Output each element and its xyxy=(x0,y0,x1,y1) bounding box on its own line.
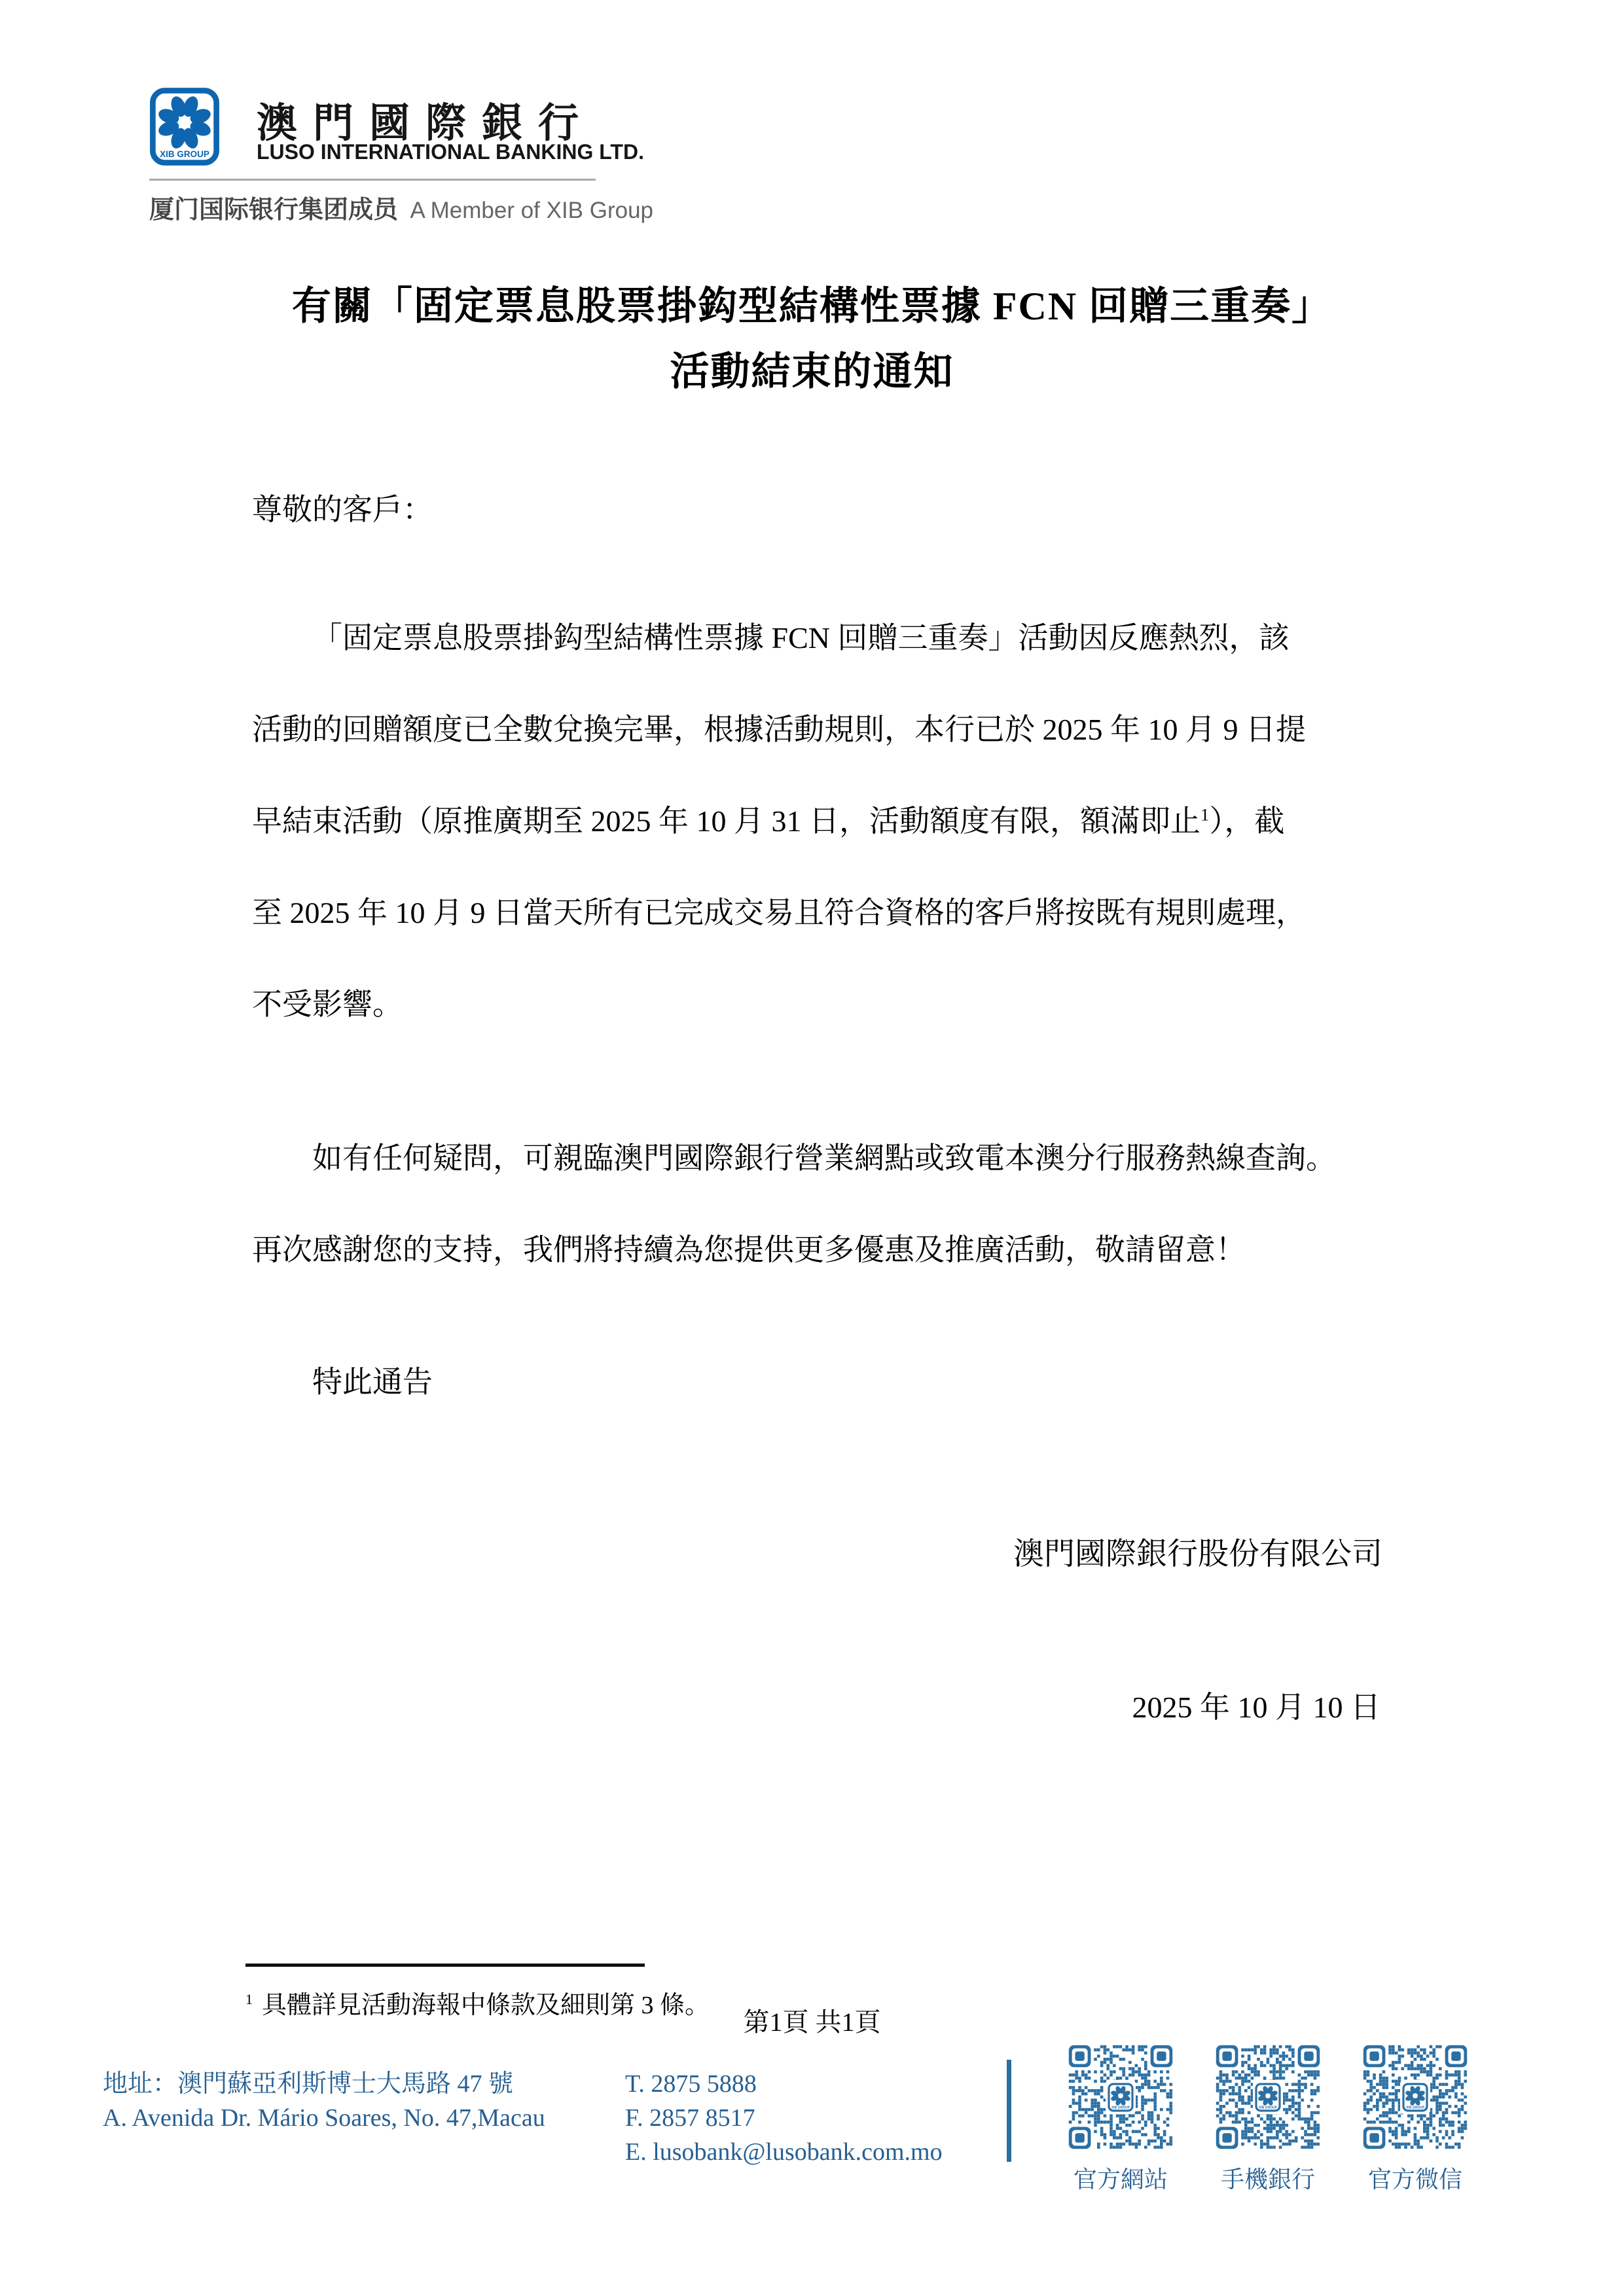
paragraph-1-line4: 至 2025 年 10 月 9 日當天所有已完成交易且符合資格的客戶將按既有規則… xyxy=(252,867,1306,959)
paragraph-1-line3-text: 早結束活動（原推廣期至 2025 年 10 月 31 日，活動額度有限，額滿即止 xyxy=(252,804,1200,838)
footnote-reference-mark: 1 xyxy=(1200,805,1209,825)
qr-center-logo xyxy=(1400,2080,1430,2114)
xib-logo-small-icon xyxy=(1255,2083,1281,2112)
paragraph-1-line3: 早結束活動（原推廣期至 2025 年 10 月 31 日，活動額度有限，額滿即止… xyxy=(252,776,1306,867)
footer-vertical-divider xyxy=(1007,2060,1011,2162)
qr-center-logo xyxy=(1253,2080,1283,2114)
qr-item-mobile-banking: 手機銀行 xyxy=(1213,2042,1323,2195)
notice-title-line2: 活動結束的通知 xyxy=(0,339,1624,404)
xib-group-logo-icon xyxy=(149,87,220,166)
closing-phrase: 特此通告 xyxy=(252,1336,433,1428)
qr-item-website: 官方網站 xyxy=(1066,2042,1176,2195)
footer-telephone: T. 2875 5888 xyxy=(625,2070,757,2098)
qr-caption-wechat: 官方微信 xyxy=(1360,2161,1470,2195)
paragraph-2-line1: 如有任何疑問，可親臨澳門國際銀行營業網點或致電本澳分行服務熱線查詢。 xyxy=(252,1113,1336,1204)
footer-fax: F. 2857 8517 xyxy=(625,2104,755,2132)
paragraph-1: 「固定票息股票掛鈎型結構性票據 FCN 回贈三重奏」活動因反應熱烈，該 活動的回… xyxy=(252,592,1306,1050)
notice-title: 有關「固定票息股票掛鈎型結構性票據 FCN 回贈三重奏」 活動結束的通知 xyxy=(0,274,1624,404)
paragraph-1-line2: 活動的回贈額度已全數兌換完畢，根據活動規則，本行已於 2025 年 10 月 9… xyxy=(252,684,1306,776)
group-member-english: A Member of XIB Group xyxy=(410,198,653,223)
notice-letter-page: 澳門國際銀行 LUSO INTERNATIONAL BANKING LTD. 厦… xyxy=(0,0,1624,2296)
xib-logo-small-icon xyxy=(1108,2083,1134,2112)
qr-caption-mobile-banking: 手機銀行 xyxy=(1213,2161,1323,2195)
paragraph-1-line1: 「固定票息股票掛鈎型結構性票據 FCN 回贈三重奏」活動因反應熱烈，該 xyxy=(252,592,1306,684)
qr-item-wechat: 官方微信 xyxy=(1360,2042,1470,2195)
page-indicator: 第1頁 共1頁 xyxy=(0,2001,1624,2039)
qr-caption-website: 官方網站 xyxy=(1066,2161,1176,2195)
signature-company-name: 澳門國際銀行股份有限公司 xyxy=(1013,1530,1382,1573)
notice-title-line1: 有關「固定票息股票掛鈎型結構性票據 FCN 回贈三重奏」 xyxy=(0,274,1624,339)
paragraph-1-line3-tail: ），截 xyxy=(1209,804,1284,838)
paragraph-1-line5: 不受影響。 xyxy=(252,959,1306,1050)
paragraph-2: 如有任何疑問，可親臨澳門國際銀行營業網點或致電本澳分行服務熱線查詢。 再次感謝您… xyxy=(252,1113,1336,1296)
footnote-separator-rule xyxy=(245,1964,645,1967)
group-member-line: 厦门国际银行集团成员 A Member of XIB Group xyxy=(149,189,653,225)
xib-logo-small-icon xyxy=(1402,2083,1428,2112)
letter-date: 2025 年 10 月 10 日 xyxy=(1132,1683,1381,1727)
footer-address-english: A. Avenida Dr. Mário Soares, No. 47,Maca… xyxy=(103,2104,545,2132)
footer-address-chinese: 地址：澳門蘇亞利斯博士大馬路 47 號 xyxy=(103,2070,513,2098)
bank-name-english: LUSO INTERNATIONAL BANKING LTD. xyxy=(257,140,644,164)
header-divider-line xyxy=(149,179,596,181)
qr-center-logo xyxy=(1106,2080,1136,2114)
salutation: 尊敬的客戶： xyxy=(252,486,433,529)
paragraph-2-line2: 再次感謝您的支持，我們將持續為您提供更多優惠及推廣活動，敬請留意！ xyxy=(252,1204,1336,1296)
group-member-chinese: 厦门国际银行集团成员 xyxy=(149,196,398,224)
footer-email: E. lusobank@lusobank.com.mo xyxy=(625,2138,943,2166)
